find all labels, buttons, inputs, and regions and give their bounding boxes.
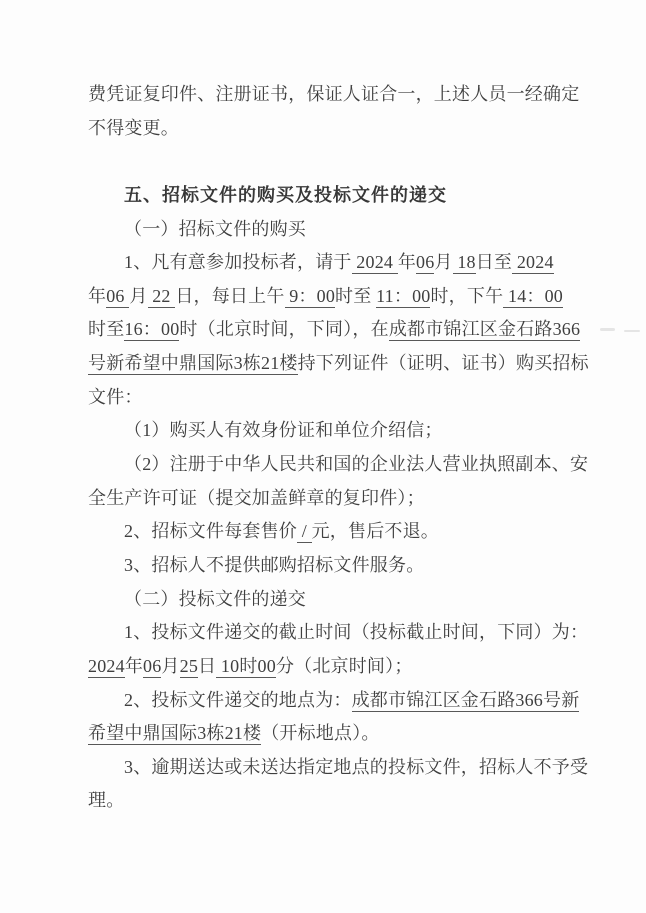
underlined-text: 06 xyxy=(143,656,161,678)
text-line: 2024年06月25日 10时00分（北京时间）； xyxy=(88,650,582,684)
text-segment: 年 xyxy=(398,252,416,272)
underlined-text: 18 xyxy=(453,252,476,274)
underlined-text: 9：00 xyxy=(285,286,336,308)
text-segment: 年 xyxy=(125,656,143,676)
text-line: 3、逾期送达或未送达指定地点的投标文件，招标人不予受 xyxy=(88,751,582,785)
text-segment: 时至 xyxy=(335,286,376,306)
text-segment: 1、凡有意参加投标者，请于 xyxy=(124,252,352,272)
text-line: 号新希望中鼎国际3栋21楼持下列证件（证明、证书）购买招标 xyxy=(88,347,582,381)
text-segment: 日 xyxy=(198,656,216,676)
document-body: 费凭证复印件、注册证书，保证人证合一，上述人员一经确定不得变更。五、招标文件的购… xyxy=(88,78,582,818)
text-segment: 年 xyxy=(88,286,106,306)
section-heading: 五、招标文件的购买及投标文件的递交 xyxy=(88,179,582,213)
text-segment: 月 xyxy=(434,252,452,272)
text-line: 2、投标文件递交的地点为：成都市锦江区金石路366号新 xyxy=(88,684,582,718)
text-line: （一）招标文件的购买 xyxy=(88,213,582,247)
text-segment: 3、招标人不提供邮购招标文件服务。 xyxy=(124,555,424,575)
underlined-text: 10时00 xyxy=(216,656,276,678)
underlined-text: 25 xyxy=(180,656,198,678)
scan-artifact xyxy=(624,330,640,332)
text-segment: 月 xyxy=(129,286,147,306)
text-segment: 时（北京时间，下同），在 xyxy=(179,319,388,339)
text-segment: 3、逾期送达或未送达指定地点的投标文件，招标人不予受 xyxy=(124,757,588,777)
text-line: 希望中鼎国际3栋21楼（开标地点）。 xyxy=(88,717,582,751)
text-segment: 五、招标文件的购买及投标文件的递交 xyxy=(124,185,447,205)
underlined-text: / xyxy=(297,521,312,543)
text-line: 不得变更。 xyxy=(88,112,582,146)
text-segment: 费凭证复印件、注册证书，保证人证合一，上述人员一经确定 xyxy=(88,84,579,104)
underlined-text: 14：00 xyxy=(503,286,563,308)
text-line: （2）注册于中华人民共和国的企业法人营业执照副本、安 xyxy=(88,448,582,482)
underlined-text: 成都市锦江区金石路366 xyxy=(389,319,580,341)
text-segment: 元，售后不退。 xyxy=(312,521,439,541)
scan-artifact xyxy=(600,328,615,331)
document-page: 费凭证复印件、注册证书，保证人证合一，上述人员一经确定不得变更。五、招标文件的购… xyxy=(0,0,646,913)
text-line: 1、凡有意参加投标者，请于 2024 年06月 18日至 2024 xyxy=(88,246,582,280)
text-line: 文件： xyxy=(88,381,582,415)
text-line: 全生产许可证（提交加盖鲜章的复印件）； xyxy=(88,482,582,516)
underlined-text: 06 xyxy=(416,252,434,274)
underlined-text: 号新希望中鼎国际3栋21楼 xyxy=(88,353,298,375)
text-segment: 时，下午 xyxy=(430,286,503,306)
text-segment: 日，每日上午 xyxy=(175,286,284,306)
text-segment: 月 xyxy=(161,656,179,676)
text-segment: （一）招标文件的购买 xyxy=(124,219,306,239)
text-segment: 理。 xyxy=(88,790,124,810)
underlined-text: 2024 xyxy=(88,656,125,678)
text-segment: 2、投标文件递交的地点为： xyxy=(124,690,352,710)
underlined-text: 成都市锦江区金石路366号新 xyxy=(352,690,580,712)
text-line: （二）投标文件的递交 xyxy=(88,583,582,617)
text-line: 费凭证复印件、注册证书，保证人证合一，上述人员一经确定 xyxy=(88,78,582,112)
text-segment: 不得变更。 xyxy=(88,118,179,138)
underlined-text: 16：00 xyxy=(124,319,179,341)
text-segment: （1）购买人有效身份证和单位介绍信； xyxy=(124,420,443,440)
underlined-text: 11：00 xyxy=(376,286,430,308)
text-line: 2、招标文件每套售价 / 元，售后不退。 xyxy=(88,515,582,549)
text-segment: （2）注册于中华人民共和国的企业法人营业执照副本、安 xyxy=(124,454,588,474)
underlined-text: 2024 xyxy=(352,252,398,274)
text-segment: 文件： xyxy=(88,387,143,407)
text-segment: 分（北京时间）； xyxy=(276,656,413,676)
underlined-text: 06 xyxy=(106,286,129,308)
text-line: 时至16：00时（北京时间，下同），在成都市锦江区金石路366 xyxy=(88,313,582,347)
text-line xyxy=(88,145,582,179)
text-line: 年06 月 22 日，每日上午 9：00时至 11：00时，下午 14：00 xyxy=(88,280,582,314)
text-segment: 全生产许可证（提交加盖鲜章的复印件）； xyxy=(88,488,425,508)
underlined-text: 希望中鼎国际3栋21楼 xyxy=(88,723,261,745)
text-line: 1、投标文件递交的截止时间（投标截止时间，下同）为： xyxy=(88,616,582,650)
text-line: （1）购买人有效身份证和单位介绍信； xyxy=(88,414,582,448)
text-line: 3、招标人不提供邮购招标文件服务。 xyxy=(88,549,582,583)
text-segment: 持下列证件（证明、证书）购买招标 xyxy=(298,353,589,373)
text-segment: （开标地点）。 xyxy=(261,723,379,743)
text-segment: 日至 xyxy=(476,252,512,272)
text-segment: 时至 xyxy=(88,319,124,339)
underlined-text: 22 xyxy=(148,286,176,308)
text-segment: 2、招标文件每套售价 xyxy=(124,521,297,541)
text-segment: （二）投标文件的递交 xyxy=(124,589,306,609)
text-line: 理。 xyxy=(88,784,582,818)
underlined-text: 2024 xyxy=(512,252,554,274)
text-segment: 1、投标文件递交的截止时间（投标截止时间，下同）为： xyxy=(124,622,588,642)
